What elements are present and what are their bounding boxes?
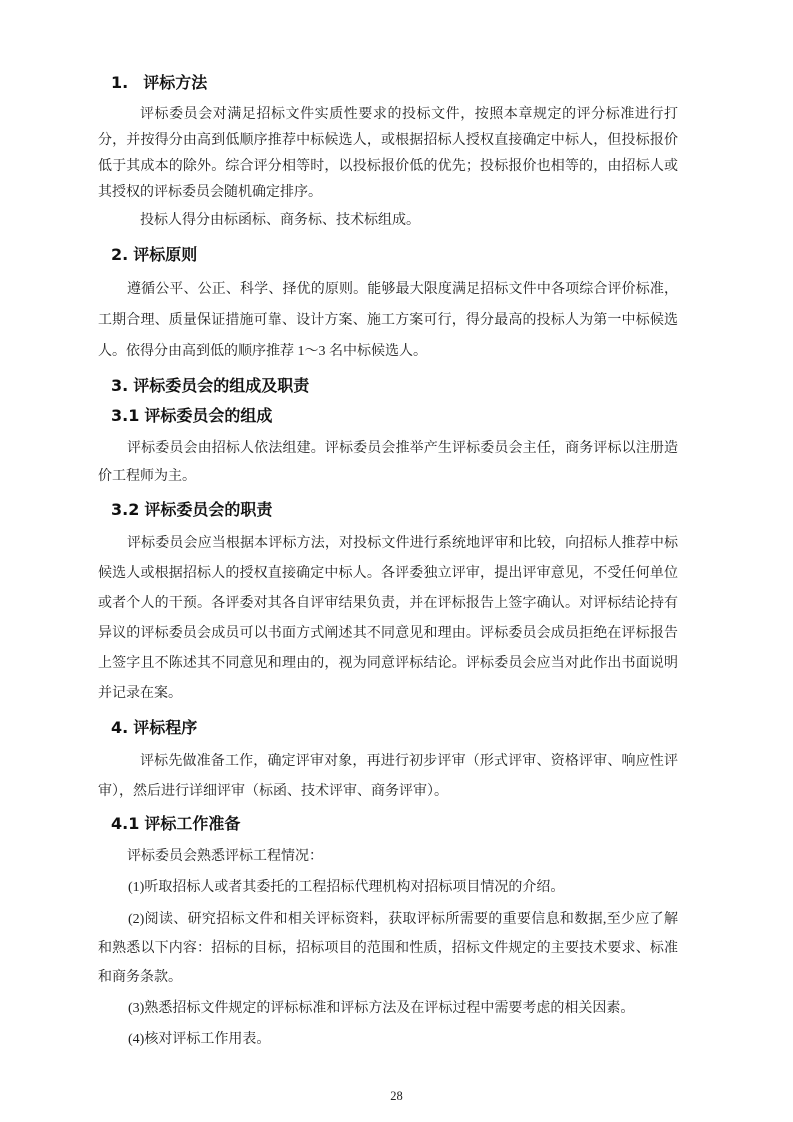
section-4-number: 4. <box>111 717 128 739</box>
document-page: 1.评标方法 评标委员会对满足招标文件实质性要求的投标文件，按照本章规定的评分标… <box>0 0 793 1122</box>
section-4-title: 评标程序 <box>133 718 197 737</box>
section-3-1-heading: 3.1评标委员会的组成 <box>111 405 678 427</box>
section-3-1-paragraph-1: 评标委员会由招标人依法组建。评标委员会推举产生评标委员会主任，商务评标以注册造价… <box>98 435 678 491</box>
section-1-heading: 1.评标方法 <box>111 72 678 94</box>
section-1-paragraph-1: 评标委员会对满足招标文件实质性要求的投标文件，按照本章规定的评分标准进行打分，并… <box>98 102 678 206</box>
section-4-1-item-2: (2)阅读、研究招标文件和相关评标资料，获取评标所需要的重要信息和数据,至少应了… <box>98 905 678 992</box>
section-4-1-number: 4.1 <box>111 813 139 835</box>
section-3-2-title: 评标委员会的职责 <box>144 500 272 519</box>
section-2-paragraph-1: 遵循公平、公正、科学、择优的原则。能够最大限度满足招标文件中各项综合评价标准，工… <box>98 274 678 367</box>
section-4-1-item-3: (3)熟悉招标文件规定的评标标准和评标方法及在评标过程中需要考虑的相关因素。 <box>98 995 678 1023</box>
section-3-heading: 3.评标委员会的组成及职责 <box>111 375 678 397</box>
section-1-paragraph-2: 投标人得分由标函标、商务标、技术标组成。 <box>98 208 678 234</box>
section-3-number: 3. <box>111 375 128 397</box>
section-4-paragraph-1: 评标先做准备工作，确定评审对象，再进行初步评审（形式评审、资格评审、响应性评审）… <box>98 747 678 807</box>
section-4-heading: 4.评标程序 <box>111 717 678 739</box>
section-4-1-item-1: (1)听取招标人或者其委托的工程招标代理机构对招标项目情况的介绍。 <box>98 874 678 902</box>
section-3-title: 评标委员会的组成及职责 <box>133 376 309 395</box>
section-2-number: 2. <box>111 244 128 266</box>
section-2-title: 评标原则 <box>133 245 197 264</box>
section-2-heading: 2.评标原则 <box>111 244 678 266</box>
section-3-2-heading: 3.2评标委员会的职责 <box>111 499 678 521</box>
section-3-1-number: 3.1 <box>111 405 139 427</box>
section-4-1-title: 评标工作准备 <box>144 814 240 833</box>
section-1-title: 评标方法 <box>143 73 207 92</box>
section-4-1-intro: 评标委员会熟悉评标工程情况： <box>98 843 678 871</box>
section-4-1-heading: 4.1评标工作准备 <box>111 813 678 835</box>
section-3-2-paragraph-1: 评标委员会应当根据本评标方法，对投标文件进行系统地评审和比较，向招标人推荐中标候… <box>98 529 678 709</box>
section-1-number: 1. <box>111 72 128 94</box>
document-content: 1.评标方法 评标委员会对满足招标文件实质性要求的投标文件，按照本章规定的评分标… <box>98 72 678 1054</box>
section-4-1-item-4: (4)核对评标工作用表。 <box>98 1026 678 1054</box>
page-number: 28 <box>390 1089 403 1103</box>
section-3-2-number: 3.2 <box>111 499 139 521</box>
section-3-1-title: 评标委员会的组成 <box>144 406 272 425</box>
page-footer: 28 <box>0 1089 793 1104</box>
